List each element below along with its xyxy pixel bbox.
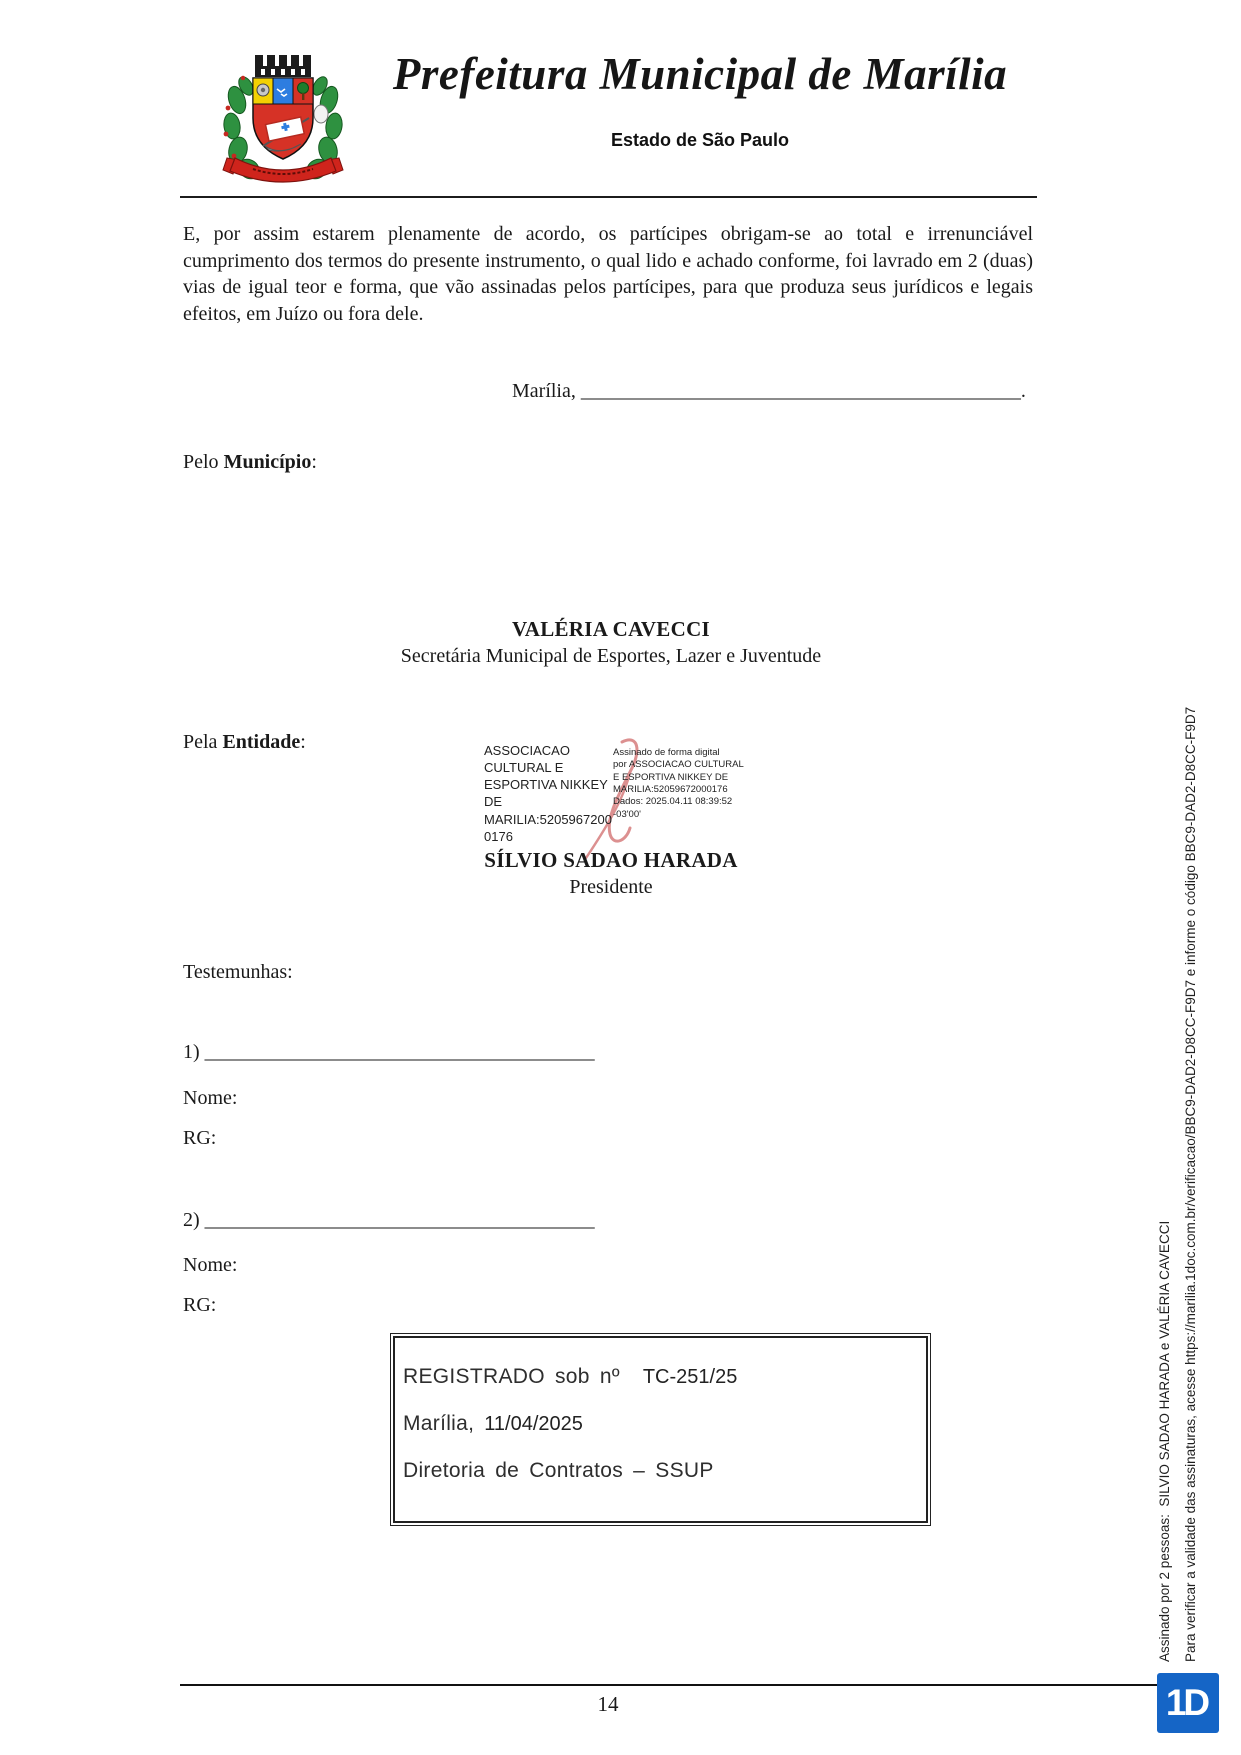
pelo-municipio-label: Pelo Município: bbox=[183, 451, 317, 474]
page-number: 14 bbox=[183, 1692, 1033, 1717]
stamp-registered-value: TC-251/25 bbox=[643, 1366, 738, 1388]
entidade-signer-name: SÍLVIO SADAO HARADA bbox=[311, 848, 911, 873]
marilia-coat-of-arms-icon bbox=[213, 42, 353, 190]
sidebar-signed-by-text: Assinado por 2 pessoas: SILVIO SADAO HAR… bbox=[1157, 1221, 1172, 1662]
witness-2-line: 2) _____________________________________… bbox=[183, 1209, 595, 1232]
entidade-signer-role: Presidente bbox=[311, 876, 911, 899]
witness-1-nome-label: Nome: bbox=[183, 1087, 237, 1110]
page-subtitle: Estado de São Paulo bbox=[355, 130, 1045, 151]
pela-prefix: Pela bbox=[183, 731, 222, 753]
registration-stamp-box: REGISTRADO sob nºTC-251/25 Marília,11/04… bbox=[390, 1333, 931, 1526]
witness-2-nome-label: Nome: bbox=[183, 1254, 237, 1277]
stamp-department-row: Diretoria de Contratos – SSUP bbox=[403, 1459, 930, 1483]
witness-1-rg-label: RG: bbox=[183, 1127, 216, 1150]
stamp-registered-row: REGISTRADO sob nºTC-251/25 bbox=[403, 1365, 930, 1389]
stamp-city-label: Marília, bbox=[403, 1412, 474, 1435]
page-title: Prefeitura Municipal de Marília bbox=[355, 48, 1045, 100]
pelo-suffix: : bbox=[311, 451, 317, 473]
pelo-bold: Município bbox=[224, 451, 312, 473]
pela-entidade-label: Pela Entidade: bbox=[183, 731, 306, 754]
closing-paragraph: E, por assim estarem plenamente de acord… bbox=[183, 221, 1033, 327]
municipio-signature-block: VALÉRIA CAVECCI Secretária Municipal de … bbox=[311, 617, 911, 668]
stamp-registered-label: REGISTRADO sob nº bbox=[403, 1365, 620, 1388]
municipio-signer-role: Secretária Municipal de Esportes, Lazer … bbox=[311, 645, 911, 668]
pela-suffix: : bbox=[300, 731, 306, 753]
footer-divider bbox=[180, 1684, 1157, 1686]
municipio-signer-name: VALÉRIA CAVECCI bbox=[311, 617, 911, 642]
digital-signature-subject: ASSOCIACAO CULTURAL E ESPORTIVA NIKKEY D… bbox=[484, 742, 612, 845]
witness-1-line: 1) _____________________________________… bbox=[183, 1041, 595, 1064]
sidebar-verification-text: Para verificar a validade das assinatura… bbox=[1183, 707, 1198, 1662]
entidade-signature-block: SÍLVIO SADAO HARADA Presidente bbox=[311, 848, 911, 899]
stamp-date-row: Marília,11/04/2025 bbox=[403, 1412, 930, 1436]
pela-bold: Entidade bbox=[222, 731, 300, 753]
stamp-date-value: 11/04/2025 bbox=[484, 1413, 583, 1435]
stamp-department-label: Diretoria de Contratos – SSUP bbox=[403, 1459, 714, 1482]
witness-2-rg-label: RG: bbox=[183, 1294, 216, 1317]
1doc-logo-text: 1D bbox=[1166, 1682, 1207, 1724]
header-divider bbox=[180, 196, 1037, 198]
1doc-logo-icon: 1D bbox=[1157, 1673, 1219, 1733]
document-page: Prefeitura Municipal de Marília Estado d… bbox=[0, 0, 1241, 1755]
date-blank-line: Marília, _______________________________… bbox=[512, 380, 1026, 403]
witnesses-label: Testemunhas: bbox=[183, 961, 293, 984]
digital-signature-details: Assinado de forma digital por ASSOCIACAO… bbox=[613, 747, 745, 821]
pelo-prefix: Pelo bbox=[183, 451, 224, 473]
